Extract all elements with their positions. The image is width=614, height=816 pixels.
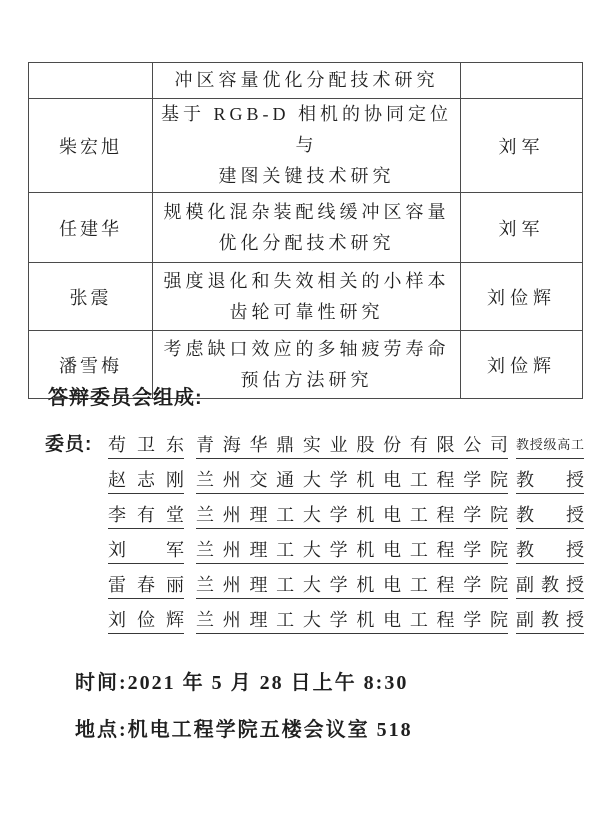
advisor-name-cell: 刘军 [461,99,583,193]
advisor-name-cell [461,63,583,99]
committee-member-row: 雷春丽兰州理工大学机电工程学院副 教 授 [45,564,590,599]
committee-members-label [45,561,108,564]
member-affiliation: 兰州理工大学机电工程学院 [196,572,508,599]
committee-member-row: 刘 军兰州理工大学机电工程学院教 授 [45,529,590,564]
defense-table-body: 冲区容量优化分配技术研究柴宏旭基于 RGB-D 相机的协同定位与建图关键技术研究… [29,63,583,399]
advisor-name-cell: 刘军 [461,193,583,263]
thesis-topic-line: 优化分配技术研究 [155,228,458,259]
committee-members-label: 委员: [45,429,108,459]
committee-members-label [45,526,108,529]
member-title: 副 教 授 [516,572,584,599]
student-name-cell: 张震 [29,263,153,331]
student-name-cell: 任建华 [29,193,153,263]
member-title: 教授级高工 [516,432,584,459]
member-affiliation: 兰州理工大学机电工程学院 [196,607,508,634]
thesis-topic-line: 基于 RGB-D 相机的协同定位与 [155,99,458,161]
student-name-cell: 柴宏旭 [29,99,153,193]
committee-members-label [45,596,108,599]
member-title: 教 授 [516,467,584,494]
schedule-time: 时间:2021 年 5 月 28 日上午 8:30 [75,666,408,695]
member-name: 苟卫东 [108,432,184,459]
thesis-topic-cell: 基于 RGB-D 相机的协同定位与建图关键技术研究 [153,99,461,193]
defense-table-row: 任建华规模化混杂装配线缓冲区容量优化分配技术研究刘军 [29,193,583,263]
defense-table-row: 冲区容量优化分配技术研究 [29,63,583,99]
committee-member-row: 赵志刚兰州交通大学机电工程学院教 授 [45,459,590,494]
document-page: 冲区容量优化分配技术研究柴宏旭基于 RGB-D 相机的协同定位与建图关键技术研究… [0,0,614,816]
thesis-topic-line: 强度退化和失效相关的小样本 [155,266,458,297]
member-affiliation: 兰州交通大学机电工程学院 [196,467,508,494]
thesis-topic-cell: 强度退化和失效相关的小样本齿轮可靠性研究 [153,263,461,331]
committee-members-label [45,631,108,634]
student-name-cell [29,63,153,99]
committee-member-row: 委员:苟卫东青海华鼎实业股份有限公司教授级高工 [45,424,590,459]
thesis-topic-cell: 冲区容量优化分配技术研究 [153,63,461,99]
thesis-topic-line: 考虑缺口效应的多轴疲劳寿命 [155,334,458,365]
member-name: 刘俭辉 [108,607,184,634]
thesis-topic-line: 齿轮可靠性研究 [155,297,458,328]
member-affiliation: 青海华鼎实业股份有限公司 [196,432,508,459]
committee-member-row: 李有堂兰州理工大学机电工程学院教 授 [45,494,590,529]
committee-members-label [45,491,108,494]
thesis-topic-line: 冲区容量优化分配技术研究 [155,65,458,96]
member-affiliation: 兰州理工大学机电工程学院 [196,537,508,564]
member-name: 赵志刚 [108,467,184,494]
member-title: 教 授 [516,537,584,564]
member-title: 副 教 授 [516,607,584,634]
thesis-topic-line: 建图关键技术研究 [155,161,458,192]
member-name: 李有堂 [108,502,184,529]
defense-schedule-table: 冲区容量优化分配技术研究柴宏旭基于 RGB-D 相机的协同定位与建图关键技术研究… [28,62,583,399]
thesis-topic-line: 规模化混杂装配线缓冲区容量 [155,197,458,228]
defense-table-row: 柴宏旭基于 RGB-D 相机的协同定位与建图关键技术研究刘军 [29,99,583,193]
schedule-location: 地点:机电工程学院五楼会议室 518 [75,713,413,742]
member-name: 雷春丽 [108,572,184,599]
member-affiliation: 兰州理工大学机电工程学院 [196,502,508,529]
defense-table-row: 张震强度退化和失效相关的小样本齿轮可靠性研究刘俭辉 [29,263,583,331]
advisor-name-cell: 刘俭辉 [461,263,583,331]
committee-heading: 答辩委员会组成: [48,381,203,410]
member-title: 教 授 [516,502,584,529]
advisor-name-cell: 刘俭辉 [461,331,583,399]
committee-member-row: 刘俭辉兰州理工大学机电工程学院副 教 授 [45,599,590,634]
thesis-topic-cell: 规模化混杂装配线缓冲区容量优化分配技术研究 [153,193,461,263]
committee-list: 委员:苟卫东青海华鼎实业股份有限公司教授级高工赵志刚兰州交通大学机电工程学院教 … [45,424,590,634]
member-name: 刘 军 [108,537,184,564]
